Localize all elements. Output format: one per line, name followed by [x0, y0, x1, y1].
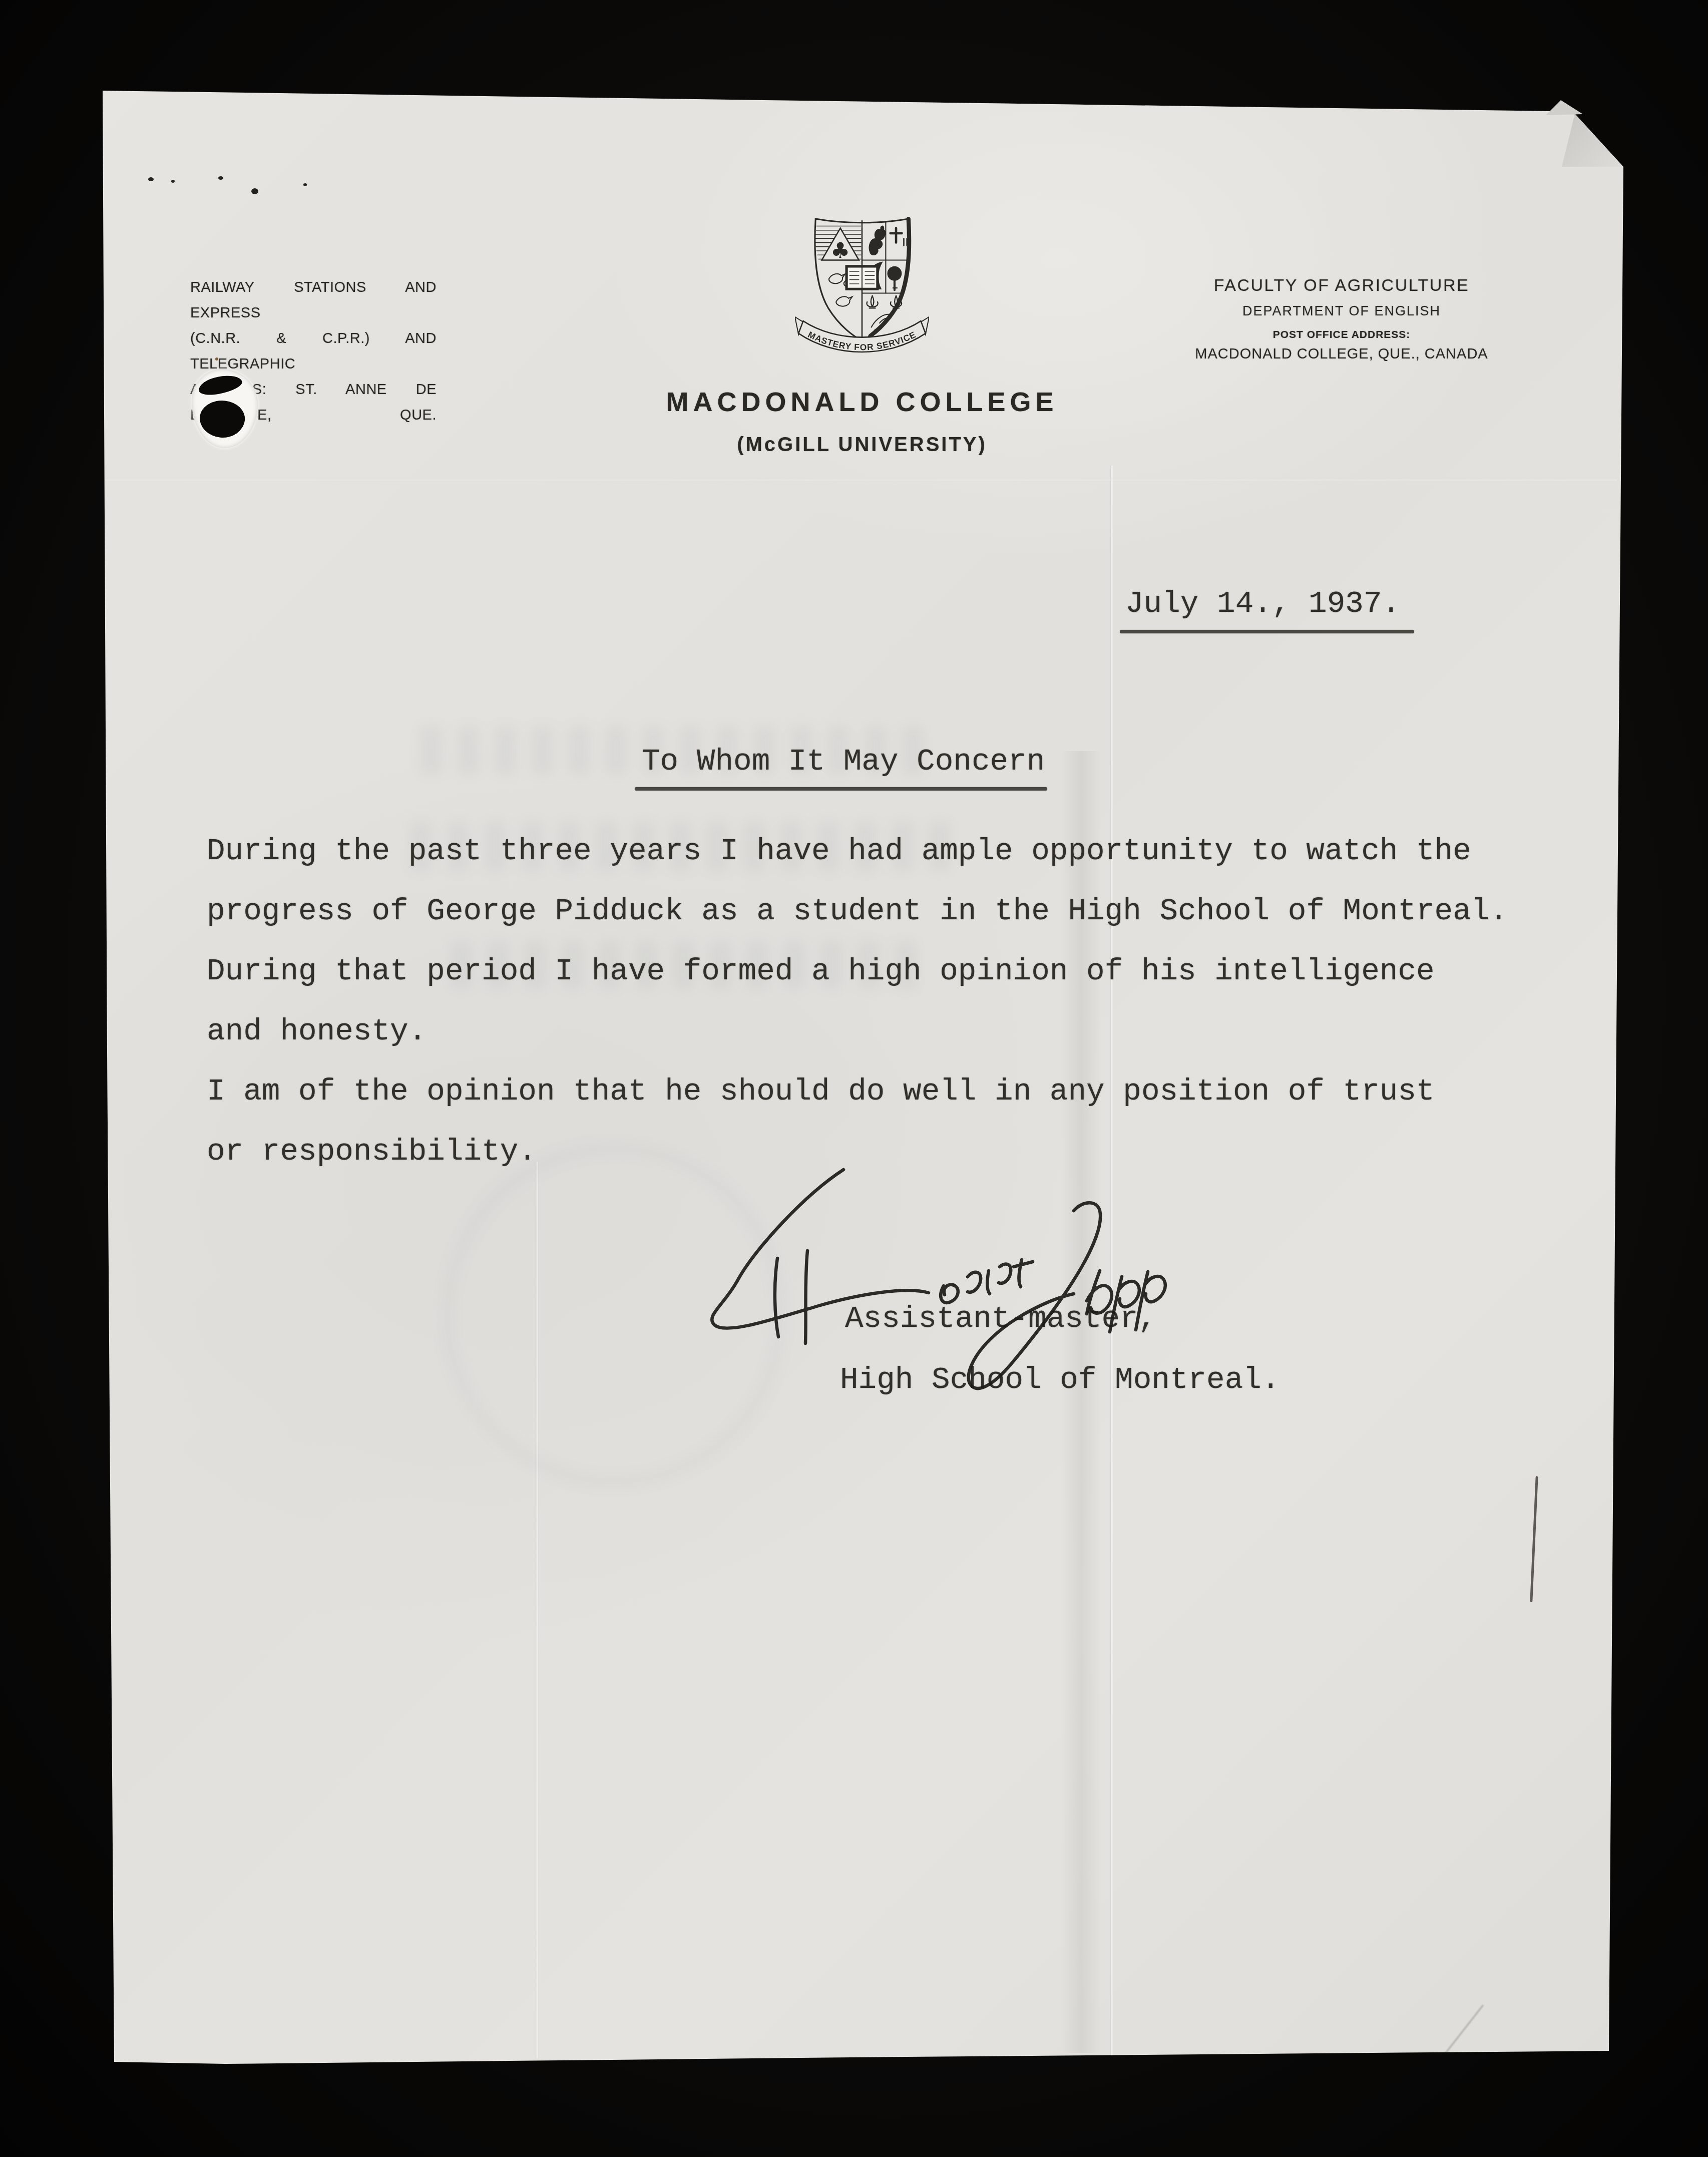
post-office-label: POST OFFICE ADDRESS:	[1186, 329, 1497, 341]
letter-date: July 14., 1937.	[1125, 587, 1400, 621]
railway-address-line: RAILWAY STATIONS AND EXPRESS	[190, 275, 437, 326]
diagonal-crease-bottom-right	[1412, 2004, 1484, 2096]
svg-text:♣: ♣	[830, 238, 850, 263]
faculty-line: FACULTY OF AGRICULTURE	[1186, 276, 1497, 295]
paper-speck	[303, 183, 307, 186]
letterhead-right-block: FACULTY OF AGRICULTURE DEPARTMENT OF ENG…	[1186, 276, 1497, 363]
body-line: progress of George Pidduck as a student …	[207, 894, 1508, 929]
handwritten-signature: Robert Japp	[693, 1151, 1194, 1451]
body-line: During the past three years I have had a…	[207, 834, 1471, 869]
salutation-underline	[635, 787, 1047, 791]
body-line: During that period I have formed a high …	[207, 954, 1435, 989]
paper-speck	[218, 176, 223, 180]
pencil-mark	[1530, 1476, 1538, 1602]
horizontal-crease-top	[105, 479, 1617, 481]
college-crest-icon: ♣	[795, 210, 929, 361]
body-line: I am of the opinion that he should do we…	[207, 1074, 1435, 1109]
paper-speck	[171, 180, 175, 183]
college-name: MACDONALD COLLEGE	[666, 387, 1058, 417]
body-line: and honesty.	[207, 1014, 426, 1049]
salutation: To Whom It May Concern	[642, 745, 1045, 779]
paper-speck	[215, 357, 218, 361]
letter-paper: RAILWAY STATIONS AND EXPRESS (C.N.R. & C…	[0, 0, 1708, 2157]
college-subtitle: (McGILL UNIVERSITY)	[737, 434, 987, 456]
post-office-address: MACDONALD COLLEGE, QUE., CANADA	[1186, 346, 1497, 363]
paper-speck	[148, 177, 154, 181]
dog-ear-corner-shade	[1542, 111, 1627, 170]
body-line: or responsibility.	[207, 1135, 537, 1169]
paper-speck	[251, 188, 258, 194]
department-line: DEPARTMENT OF ENGLISH	[1186, 303, 1497, 319]
scanned-letter-page: RAILWAY STATIONS AND EXPRESS (C.N.R. & C…	[0, 0, 1708, 2157]
date-underline	[1120, 630, 1414, 633]
dog-ear-flap	[1546, 100, 1583, 115]
